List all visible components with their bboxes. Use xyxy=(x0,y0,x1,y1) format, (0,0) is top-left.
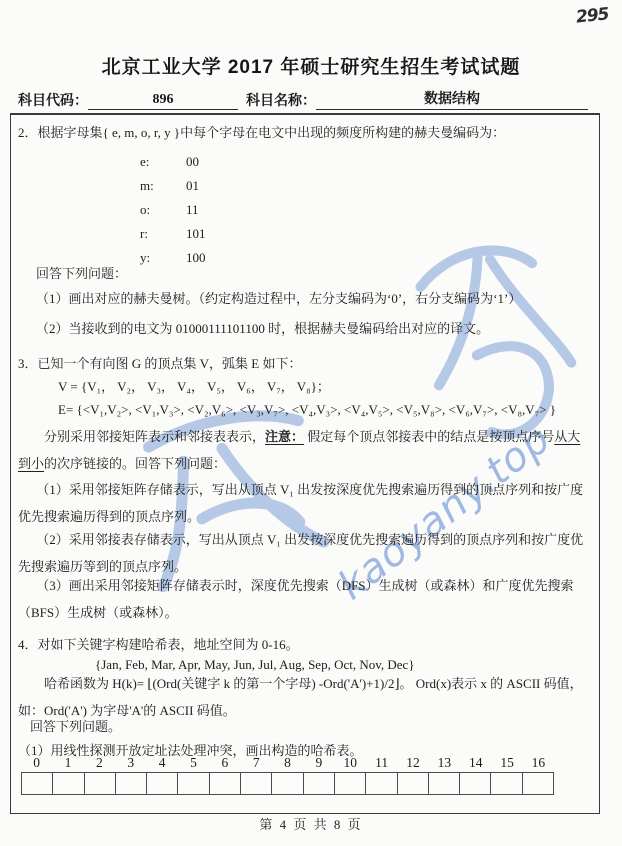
hash-index: 5 xyxy=(178,755,209,771)
hash-index: 10 xyxy=(335,755,366,771)
subject-code-value: 896 xyxy=(88,92,238,110)
hash-table-cell xyxy=(522,772,554,795)
huffman-code-row: m: 01 xyxy=(140,174,246,198)
hash-table-cell xyxy=(240,772,272,795)
huffman-code-list: e: 00 m: 01 o: 11 r: 101 y: 100 xyxy=(140,150,246,270)
hash-table-cell xyxy=(397,772,429,795)
note-mid: 假定每个顶点邻接表中的结点是按顶点序号 xyxy=(304,429,554,444)
page-title: 北京工业大学 2017 年硕士研究生招生考试试题 xyxy=(0,52,622,79)
question-3-item-1: （1）采用邻接矩阵存储表示，写出从顶点 V₁ 出发按深度优先搜索遍历得到的顶点序… xyxy=(18,477,584,530)
hash-index: 2 xyxy=(84,755,115,771)
exam-paper-page: kaoyany.top 295 北京工业大学 2017 年硕士研究生招生考试试题… xyxy=(0,0,622,846)
hash-table-cell xyxy=(177,772,209,795)
code-letter: e: xyxy=(140,150,186,174)
hash-table-cell xyxy=(271,772,303,795)
hash-index: 6 xyxy=(209,755,240,771)
note-lead: 分别采用邻接矩阵表示和邻接表表示， xyxy=(44,429,265,444)
question-4-prompt: 回答下列问题。 xyxy=(30,714,121,741)
question-3-item-3: （3）画出采用邻接矩阵存储表示时，深度优先搜索（DFS）生成树（或森林）和广度优… xyxy=(18,573,584,626)
hash-table-cell xyxy=(146,772,178,795)
hash-table-cell xyxy=(21,772,53,795)
question-2-prompt: 回答下列问题： xyxy=(36,261,127,288)
hash-index: 11 xyxy=(366,755,397,771)
huffman-code-row: e: 00 xyxy=(140,150,246,174)
hash-index: 16 xyxy=(523,755,554,771)
hash-index: 3 xyxy=(115,755,146,771)
hash-table-cell xyxy=(84,772,116,795)
hash-table-cell xyxy=(459,772,491,795)
hash-index: 7 xyxy=(241,755,272,771)
question-3-edge-set: E= {<V₁,V₂>, <V₁,V₃>, <V₂,V₆>, <V₃,V₇>, … xyxy=(58,397,592,424)
hash-index: 0 xyxy=(21,755,52,771)
hash-table-cell xyxy=(209,772,241,795)
hash-index: 8 xyxy=(272,755,303,771)
code-value: 101 xyxy=(186,222,246,246)
hash-table-cell xyxy=(490,772,522,795)
hash-table-cell xyxy=(52,772,84,795)
code-value: 100 xyxy=(186,246,246,270)
hash-index: 13 xyxy=(429,755,460,771)
note-attention: 注意： xyxy=(265,429,304,444)
hash-table-cell xyxy=(334,772,366,795)
hash-table-cell xyxy=(365,772,397,795)
hash-index: 12 xyxy=(397,755,428,771)
code-letter: r: xyxy=(140,222,186,246)
hash-index: 15 xyxy=(491,755,522,771)
hash-table-index-row: 0 1 2 3 4 5 6 7 8 9 10 11 12 13 14 15 16 xyxy=(21,755,554,771)
code-value: 00 xyxy=(186,150,246,174)
huffman-code-row: y: 100 xyxy=(140,246,246,270)
code-letter: y: xyxy=(140,246,186,270)
question-2-stem: 2．根据字母集{ e, m, o, r, y }中每个字母在电文中出现的频度所构… xyxy=(18,120,584,147)
subject-code-label: 科目代码： xyxy=(18,90,88,110)
code-value: 11 xyxy=(186,198,246,222)
code-value: 01 xyxy=(186,174,246,198)
huffman-code-row: o: 11 xyxy=(140,198,246,222)
page-footer: 第 4 页 共 8 页 xyxy=(0,814,622,833)
note-tail: 的次序链接的。回答下列问题： xyxy=(44,456,226,471)
hash-index: 14 xyxy=(460,755,491,771)
code-letter: o: xyxy=(140,198,186,222)
code-letter: m: xyxy=(140,174,186,198)
question-3-note: 分别采用邻接矩阵表示和邻接表表示，注意： 假定每个顶点邻接表中的结点是按顶点序号… xyxy=(18,424,584,477)
hash-table-cell-row xyxy=(21,772,554,795)
hash-index: 4 xyxy=(146,755,177,771)
hash-table-cell xyxy=(428,772,460,795)
handwritten-number: 295 xyxy=(575,4,609,27)
hash-index: 1 xyxy=(52,755,83,771)
subject-name-value: 数据结构 xyxy=(316,88,588,110)
question-2-item-2: （2）当接收到的电文为 01000111101100 时，根据赫夫曼编码给出对应… xyxy=(36,316,588,343)
huffman-code-row: r: 101 xyxy=(140,222,246,246)
subject-row: 科目代码： 896 科目名称： 数据结构 xyxy=(18,88,604,110)
hash-table-cell xyxy=(303,772,335,795)
subject-name-label: 科目名称： xyxy=(246,90,316,110)
question-2-item-1: （1）画出对应的赫夫曼树。（约定构造过程中，左分支编码为‘0’，右分支编码为‘1… xyxy=(36,286,588,313)
hash-index: 9 xyxy=(303,755,334,771)
hash-table-cell xyxy=(115,772,147,795)
